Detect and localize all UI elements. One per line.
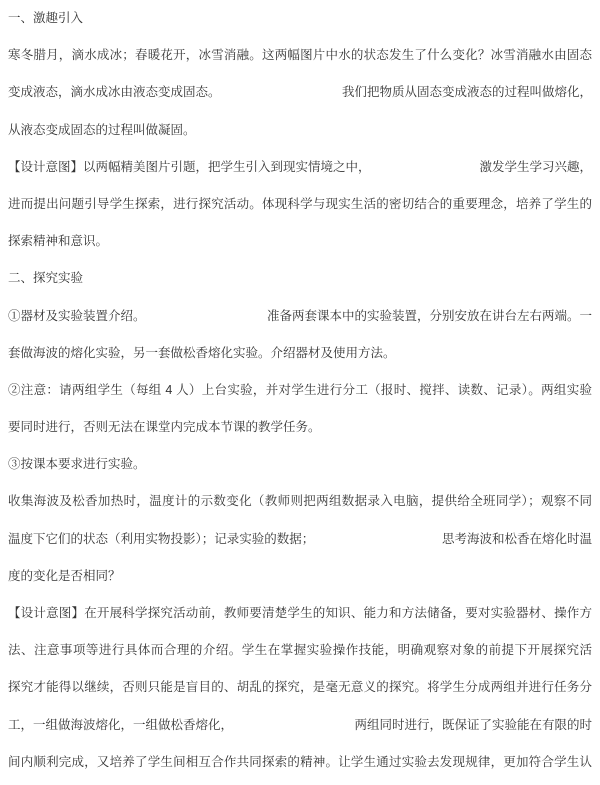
text-segment: 准备两套课本中的实验装置，分别安放在讲台左右两端。一 [267,298,592,335]
text-line: 进而提出问题引导学生探索，进行探究活动。体现科学与现实生活的密切结合的重要理念，… [8,186,592,223]
text-line: 从液态变成固态的过程叫做凝固。 [8,112,592,149]
text-segment: 两组同时进行，既保证了实验能在有限的时 [354,707,592,744]
section-heading-2: 二、探究实验 [8,260,592,297]
text-line: 套做海波的熔化实验，另一套做松香熔化实验。介绍器材及使用方法。 [8,335,592,372]
text-segment: 激发学生学习兴趣， [479,149,592,186]
text-segment: 温度下它们的状态（利用实物投影）；记录实验的数据； [8,521,314,558]
text-line: 探究才能得以继续，否则只能是盲目的、胡乱的探究，是毫无意义的探究。将学生分成两组… [8,669,592,706]
document-page: 一、激趣引入 寒冬腊月，滴水成冰；春暖花开，冰雪消融。这两幅图片中水的状态发生了… [0,0,600,785]
text-line: 收集海波及松香加热时，温度计的示数变化（教师则把两组数据录入电脑，提供给全班同学… [8,483,592,520]
text-line: 间内顺利完成，又培养了学生间相互合作共同探索的精神。让学生通过实验去发现规律，更… [8,744,592,781]
text-segment: 工，一组做海波熔化，一组做松香熔化， [8,707,233,744]
text-line-with-gap: 温度下它们的状态（利用实物投影）；记录实验的数据； 思考海波和松香在熔化时温 [8,521,592,558]
text-line-with-gap: ①器材及实验装置介绍。 准备两套课本中的实验装置，分别安放在讲台左右两端。一 [8,298,592,335]
text-segment: ①器材及实验装置介绍。 [8,298,146,335]
text-line: 寒冬腊月，滴水成冰；春暖花开，冰雪消融。这两幅图片中水的状态发生了什么变化？冰雪… [8,37,592,74]
text-line-with-gap: 工，一组做海波熔化，一组做松香熔化， 两组同时进行，既保证了实验能在有限的时 [8,707,592,744]
text-line-with-gap: 【设计意图】以两幅精美图片引题，把学生引入到现实情境之中， 激发学生学习兴趣， [8,149,592,186]
text-line: 【设计意图】在开展科学探究活动前，教师要清楚学生的知识、能力和方法储备，要对实验… [8,595,592,632]
text-line-with-gap: 变成液态，滴水成冰由液态变成固态。 我们把物质从固态变成液态的过程叫做熔化， [8,74,592,111]
text-segment: 我们把物质从固态变成液态的过程叫做熔化， [342,74,592,111]
text-line: 度的变化是否相同？ [8,558,592,595]
text-line: 探索精神和意识。 [8,223,592,260]
text-segment: 思考海波和松香在熔化时温 [442,521,592,558]
text-line: 要同时进行，否则无法在课堂内完成本节课的教学任务。 [8,409,592,446]
text-line: 法、注意事项等进行具体而合理的介绍。学生在掌握实验操作技能，明确观察对象的前提下… [8,632,592,669]
section-heading-1: 一、激趣引入 [8,0,592,37]
text-line: ③按课本要求进行实验。 [8,446,592,483]
text-segment: 变成液态，滴水成冰由液态变成固态。 [8,74,221,111]
text-line: ②注意：请两组学生（每组 4 人）上台实验，并对学生进行分工（报时、搅拌、读数、… [8,372,592,409]
text-segment: 【设计意图】以两幅精美图片引题，把学生引入到现实情境之中， [8,149,371,186]
